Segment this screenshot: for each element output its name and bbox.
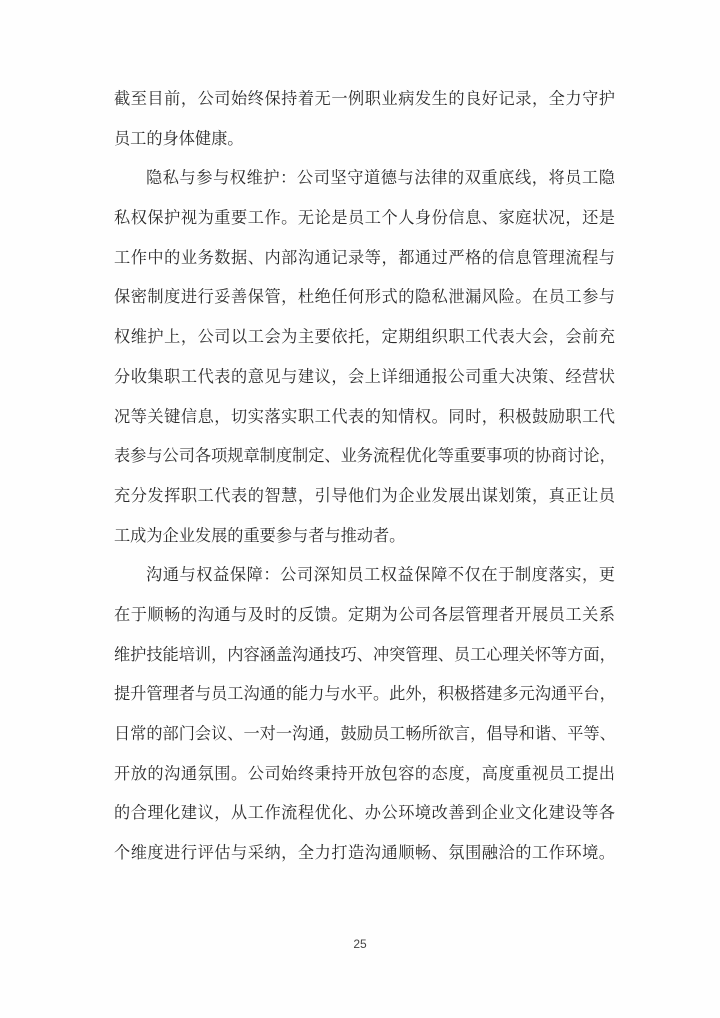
text-line: 私权保护视为重要工作。无论是员工个人身份信息、家庭状况，还是: [114, 205, 615, 245]
text-line: 员工的身体健康。: [114, 126, 615, 166]
text-line: 的合理化建议，从工作流程优化、办公环境改善到企业文化建设等各: [114, 800, 615, 840]
text-line: 工作中的业务数据、内部沟通记录等，都通过严格的信息管理流程与: [114, 245, 615, 285]
text-line: 工成为企业发展的重要参与者与推动者。: [114, 523, 615, 563]
text-line: 充分发挥职工代表的智慧，引导他们为企业发展出谋划策，真正让员: [114, 483, 615, 523]
text-line: 保密制度进行妥善保管，杜绝任何形式的隐私泄漏风险。在员工参与: [114, 284, 615, 324]
body-text: 截至目前，公司始终保持着无一例职业病发生的良好记录，全力守护 员工的身体健康。 …: [114, 86, 615, 880]
text-line: 分收集职工代表的意见与建议，会上详细通报公司重大决策、经营状: [114, 364, 615, 404]
page-number: 25: [0, 937, 720, 951]
paragraph-communication-start: 沟通与权益保障：公司深知员工权益保障不仅在于制度落实，更: [114, 562, 615, 602]
text-line: 开放的沟通氛围。公司始终秉持开放包容的态度，高度重视员工提出: [114, 761, 615, 801]
text-line: 维护技能培训，内容涵盖沟通技巧、冲突管理、员工心理关怀等方面，: [114, 642, 615, 682]
text-line: 截至目前，公司始终保持着无一例职业病发生的良好记录，全力守护: [114, 86, 615, 126]
document-page: 截至目前，公司始终保持着无一例职业病发生的良好记录，全力守护 员工的身体健康。 …: [0, 0, 720, 1018]
text-line: 权维护上，公司以工会为主要依托，定期组织职工代表大会，会前充: [114, 324, 615, 364]
text-line: 表参与公司各项规章制度制定、业务流程优化等重要事项的协商讨论，: [114, 443, 615, 483]
text-line: 日常的部门会议、一对一沟通，鼓励员工畅所欲言，倡导和谐、平等、: [114, 721, 615, 761]
text-line: 个维度进行评估与采纳，全力打造沟通顺畅、氛围融洽的工作环境。: [114, 840, 615, 880]
paragraph-privacy-start: 隐私与参与权维护：公司坚守道德与法律的双重底线，将员工隐: [114, 165, 615, 205]
text-line: 况等关键信息，切实落实职工代表的知情权。同时，积极鼓励职工代: [114, 404, 615, 444]
text-line: 提升管理者与员工沟通的能力与水平。此外，积极搭建多元沟通平台，: [114, 681, 615, 721]
text-line: 在于顺畅的沟通与及时的反馈。定期为公司各层管理者开展员工关系: [114, 602, 615, 642]
